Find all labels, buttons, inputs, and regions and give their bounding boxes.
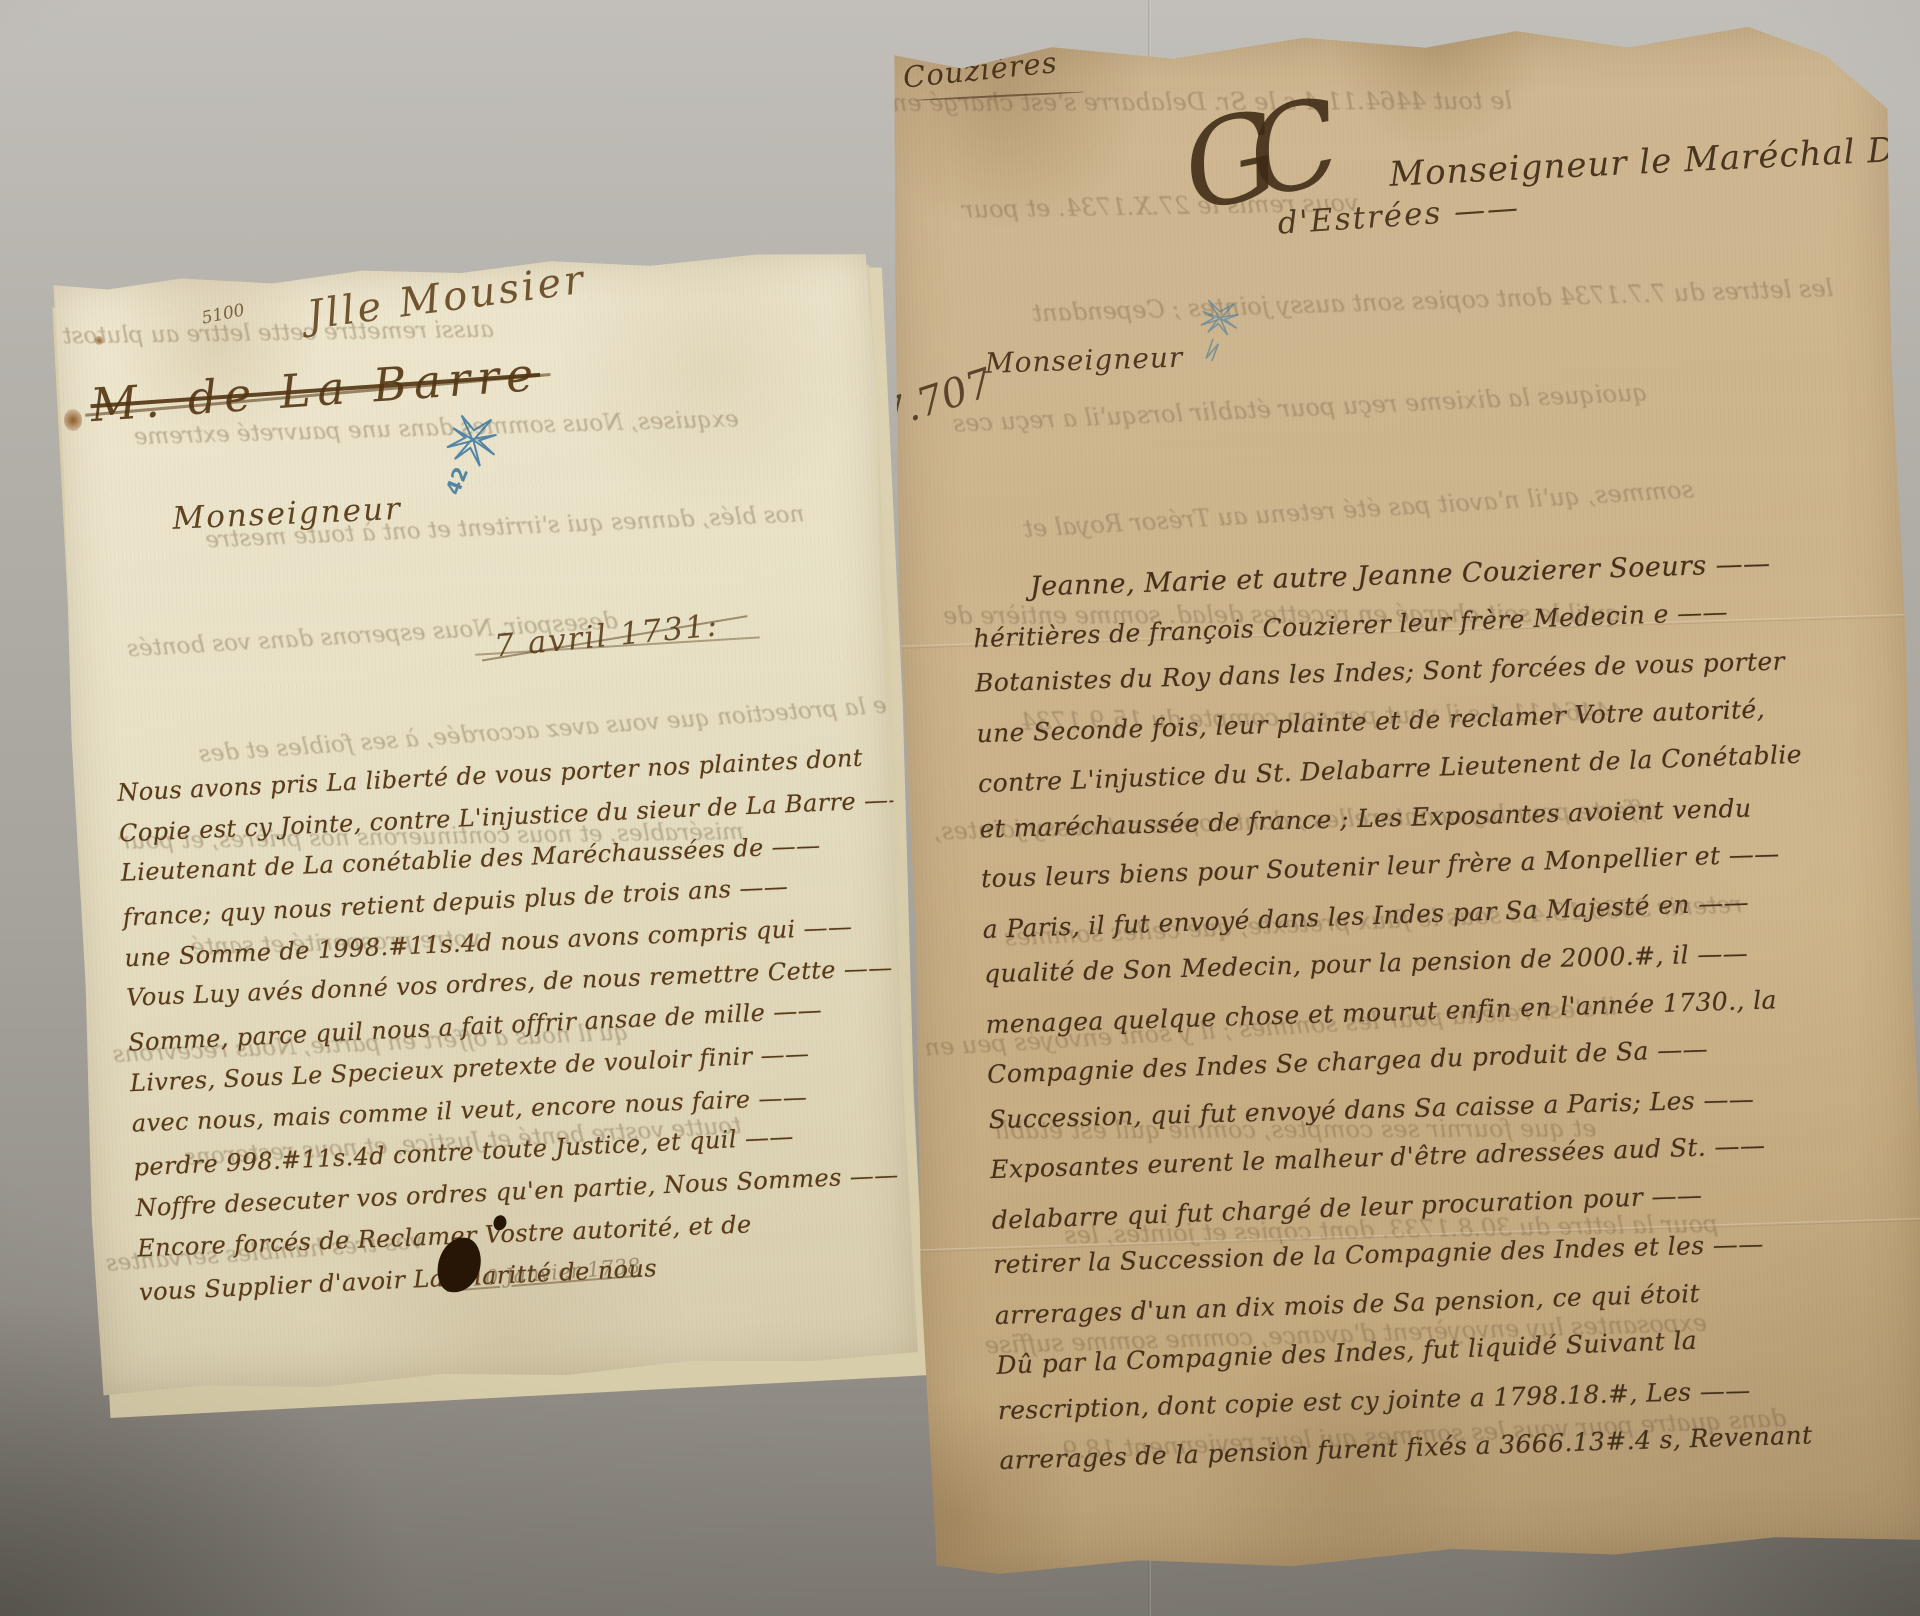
margin-number: 7.707: [875, 360, 998, 439]
maltese-cross-icon: [1192, 297, 1243, 366]
salutation: Monseigneur: [172, 491, 403, 537]
docket-number: 5100: [200, 300, 246, 328]
blue-cross-stamp: [1190, 297, 1245, 367]
left-letter-page: aussi remettre cette lettre au plutostex…: [50, 246, 920, 1399]
crossed-out-name: M. de La Barre: [89, 347, 542, 432]
salutation: Monseigneur: [984, 341, 1183, 380]
maltese-cross-icon: [440, 405, 504, 473]
blue-cross-stamp: 42: [432, 405, 507, 497]
left-letter-paper: aussi remettre cette lettre au plutostex…: [50, 246, 920, 1399]
letter-body: Nous avons pris La liberté de vous porte…: [117, 744, 900, 1319]
archive-docket: Couzières: [901, 45, 1059, 94]
address-line: Monseigneur le Maréchal Duc: [1388, 128, 1920, 195]
rust-stain: [64, 409, 83, 432]
struck-date: 7 avril 1731:: [493, 607, 721, 664]
rust-stain: [94, 336, 103, 345]
bleedthrough-line: les lettres du 7.7.1734 dont copies sont…: [1032, 274, 1834, 327]
bleedthrough-line: quoiques la dixieme reçu pour établir lo…: [952, 378, 1648, 438]
right-letter-page: le tout 4464.11.4 s le Sr. Delabarre s'e…: [880, 16, 1920, 1582]
letter-body: Jeanne, Marie et autre Jeanne Couzierer …: [972, 547, 1851, 1495]
docket-script: Jlle Mousier: [304, 257, 589, 339]
bleedthrough-line: sommes, qu'il n'avoit pas été retenu au …: [1022, 475, 1694, 543]
stamp-number: 42: [441, 463, 474, 498]
photograph-scene: aussi remettre cette lettre au plutostex…: [0, 0, 1920, 1616]
right-letter-paper: le tout 4464.11.4 s le Sr. Delabarre s'e…: [880, 16, 1920, 1582]
